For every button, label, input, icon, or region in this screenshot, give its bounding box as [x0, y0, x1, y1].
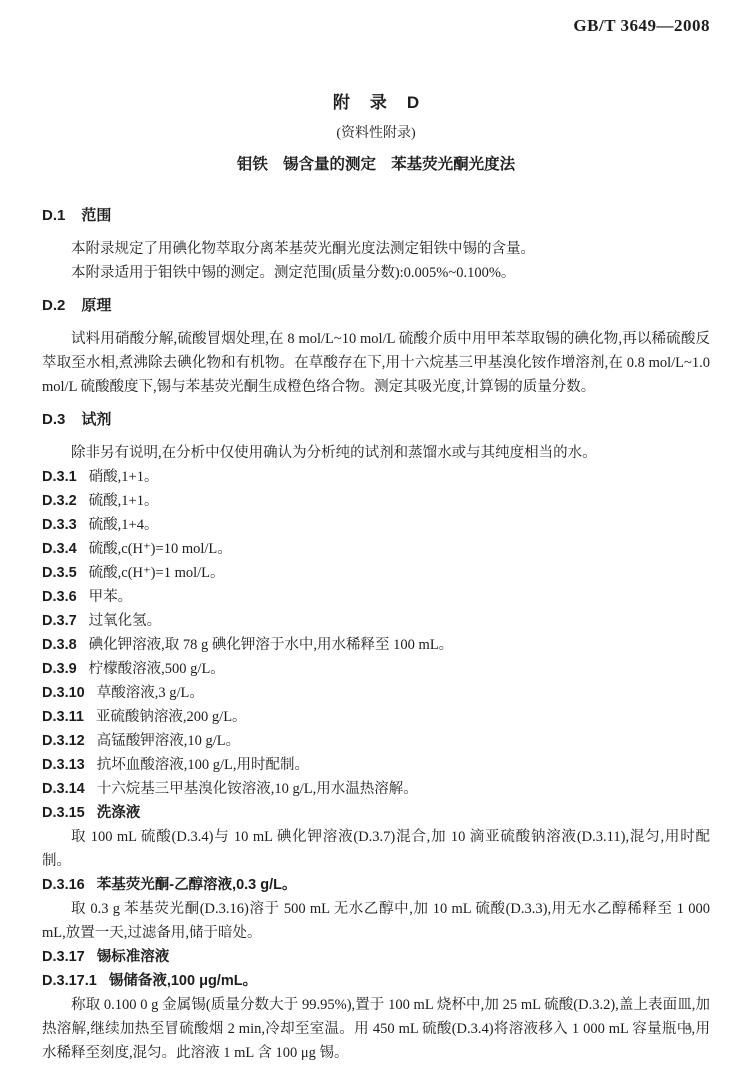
clause-item: D.3.17.1锡储备液,100 μg/mL。: [42, 969, 710, 993]
clause-number: D.3.17.1: [42, 973, 97, 989]
clause-text: 抗坏血酸溶液,100 g/L,用时配制。: [97, 757, 309, 773]
clause-text: 碘化钾溶液,取 78 g 碘化钾溶于水中,用水稀释至 100 mL。: [89, 637, 454, 653]
page-content: GB/T 3649—2008 附 录 D (资料性附录) 钼铁 锡含量的测定 苯…: [42, 0, 710, 1065]
paragraph: 取 0.3 g 苯基荧光酮(D.3.16)溶于 500 mL 无水乙醇中,加 1…: [42, 897, 710, 945]
clause-text: 锡储备液,100 μg/mL。: [109, 973, 257, 989]
clause-item: D.3.11亚硫酸钠溶液,200 g/L。: [42, 705, 710, 729]
clause-number: D.3.14: [42, 781, 85, 797]
clause-item: D.3.12高锰酸钾溶液,10 g/L。: [42, 729, 710, 753]
clause-number: D.3.10: [42, 685, 85, 701]
section-title: 范围: [81, 207, 111, 224]
clause-number: D.3.7: [42, 613, 77, 629]
page-number: 9: [685, 1023, 692, 1039]
paragraph: 除非另有说明,在分析中仅使用确认为分析纯的试剂和蒸馏水或与其纯度相当的水。: [42, 441, 710, 465]
clause-text: 甲苯。: [89, 589, 133, 605]
clause-item: D.3.8碘化钾溶液,取 78 g 碘化钾溶于水中,用水稀释至 100 mL。: [42, 633, 710, 657]
clause-text: 硝酸,1+1。: [89, 469, 159, 485]
section-number: D.3: [42, 411, 65, 428]
clause-number: D.3.3: [42, 517, 77, 533]
clause-number: D.3.6: [42, 589, 77, 605]
clause-text: 草酸溶液,3 g/L。: [97, 685, 204, 701]
paragraph: 本附录适用于钼铁中锡的测定。测定范围(质量分数):0.005%~0.100%。: [42, 261, 710, 285]
clause-text: 过氧化氢。: [89, 613, 162, 629]
paragraph: 本附录规定了用碘化物萃取分离苯基荧光酮光度法测定钼铁中锡的含量。: [42, 237, 710, 261]
clause-number: D.3.11: [42, 709, 84, 725]
clause-number: D.3.12: [42, 733, 85, 749]
appendix-subject: 钼铁 锡含量的测定 苯基荧光酮光度法: [42, 152, 710, 174]
clause-number: D.3.16: [42, 877, 85, 893]
clause-item: D.3.5硫酸,c(H⁺)=1 mol/L。: [42, 561, 710, 585]
clause-text: 亚硫酸钠溶液,200 g/L。: [96, 709, 247, 725]
clause-text: 硫酸,c(H⁺)=1 mol/L。: [89, 565, 225, 581]
clause-number: D.3.4: [42, 541, 77, 557]
clause-text: 硫酸,1+4。: [89, 517, 159, 533]
clause-number: D.3.17: [42, 949, 85, 965]
appendix-type: (资料性附录): [42, 122, 710, 142]
clause-text: 苯基荧光酮-乙醇溶液,0.3 g/L。: [97, 877, 297, 893]
clause-text: 柠檬酸溶液,500 g/L。: [89, 661, 225, 677]
clause-item: D.3.16苯基荧光酮-乙醇溶液,0.3 g/L。: [42, 873, 710, 897]
standard-number: GB/T 3649—2008: [573, 16, 710, 35]
clause-text: 硫酸,c(H⁺)=10 mol/L。: [89, 541, 232, 557]
clause-number: D.3.1: [42, 469, 77, 485]
section-heading-d2: D.2原理: [42, 294, 710, 318]
clause-number: D.3.5: [42, 565, 77, 581]
document-page: GB/T 3649—2008 附 录 D (资料性附录) 钼铁 锡含量的测定 苯…: [0, 0, 750, 1067]
clause-item: D.3.4硫酸,c(H⁺)=10 mol/L。: [42, 537, 710, 561]
clause-item: D.3.13抗坏血酸溶液,100 g/L,用时配制。: [42, 753, 710, 777]
clause-text: 高锰酸钾溶液,10 g/L。: [97, 733, 240, 749]
section-number: D.1: [42, 207, 65, 224]
clause-item: D.3.3硫酸,1+4。: [42, 513, 710, 537]
section-title: 原理: [81, 297, 111, 314]
clause-number: D.3.13: [42, 757, 85, 773]
appendix-title-block: 附 录 D (资料性附录) 钼铁 锡含量的测定 苯基荧光酮光度法: [42, 88, 710, 174]
clause-number: D.3.9: [42, 661, 77, 677]
section-heading-d1: D.1范围: [42, 204, 710, 228]
clause-item: D.3.7过氧化氢。: [42, 609, 710, 633]
clause-text: 十六烷基三甲基溴化铵溶液,10 g/L,用水温热溶解。: [97, 781, 418, 797]
clause-number: D.3.2: [42, 493, 77, 509]
clause-text: 洗涤液: [97, 805, 141, 821]
clause-item: D.3.14十六烷基三甲基溴化铵溶液,10 g/L,用水温热溶解。: [42, 777, 710, 801]
clause-number: D.3.8: [42, 637, 77, 653]
paragraph: 取 100 mL 硫酸(D.3.4)与 10 mL 碘化钾溶液(D.3.7)混合…: [42, 825, 710, 873]
clause-item: D.3.9柠檬酸溶液,500 g/L。: [42, 657, 710, 681]
clause-item: D.3.6甲苯。: [42, 585, 710, 609]
sections-container: D.1范围 本附录规定了用碘化物萃取分离苯基荧光酮光度法测定钼铁中锡的含量。 本…: [42, 204, 710, 1065]
clause-number: D.3.15: [42, 805, 85, 821]
paragraph: 称取 0.100 0 g 金属锡(质量分数大于 99.95%),置于 100 m…: [42, 993, 710, 1065]
clause-text: 硫酸,1+1。: [89, 493, 159, 509]
clause-text: 锡标准溶液: [97, 949, 170, 965]
page-header: GB/T 3649—2008: [42, 0, 710, 36]
appendix-title: 附 录 D: [42, 88, 710, 113]
clause-item: D.3.15洗涤液: [42, 801, 710, 825]
clause-item: D.3.2硫酸,1+1。: [42, 489, 710, 513]
clause-item: D.3.1硝酸,1+1。: [42, 465, 710, 489]
clause-item: D.3.17锡标准溶液: [42, 945, 710, 969]
section-title: 试剂: [81, 411, 111, 428]
section-number: D.2: [42, 297, 65, 314]
paragraph: 试料用硝酸分解,硫酸冒烟处理,在 8 mol/L~10 mol/L 硫酸介质中用…: [42, 327, 710, 399]
section-heading-d3: D.3试剂: [42, 408, 710, 432]
clause-item: D.3.10草酸溶液,3 g/L。: [42, 681, 710, 705]
